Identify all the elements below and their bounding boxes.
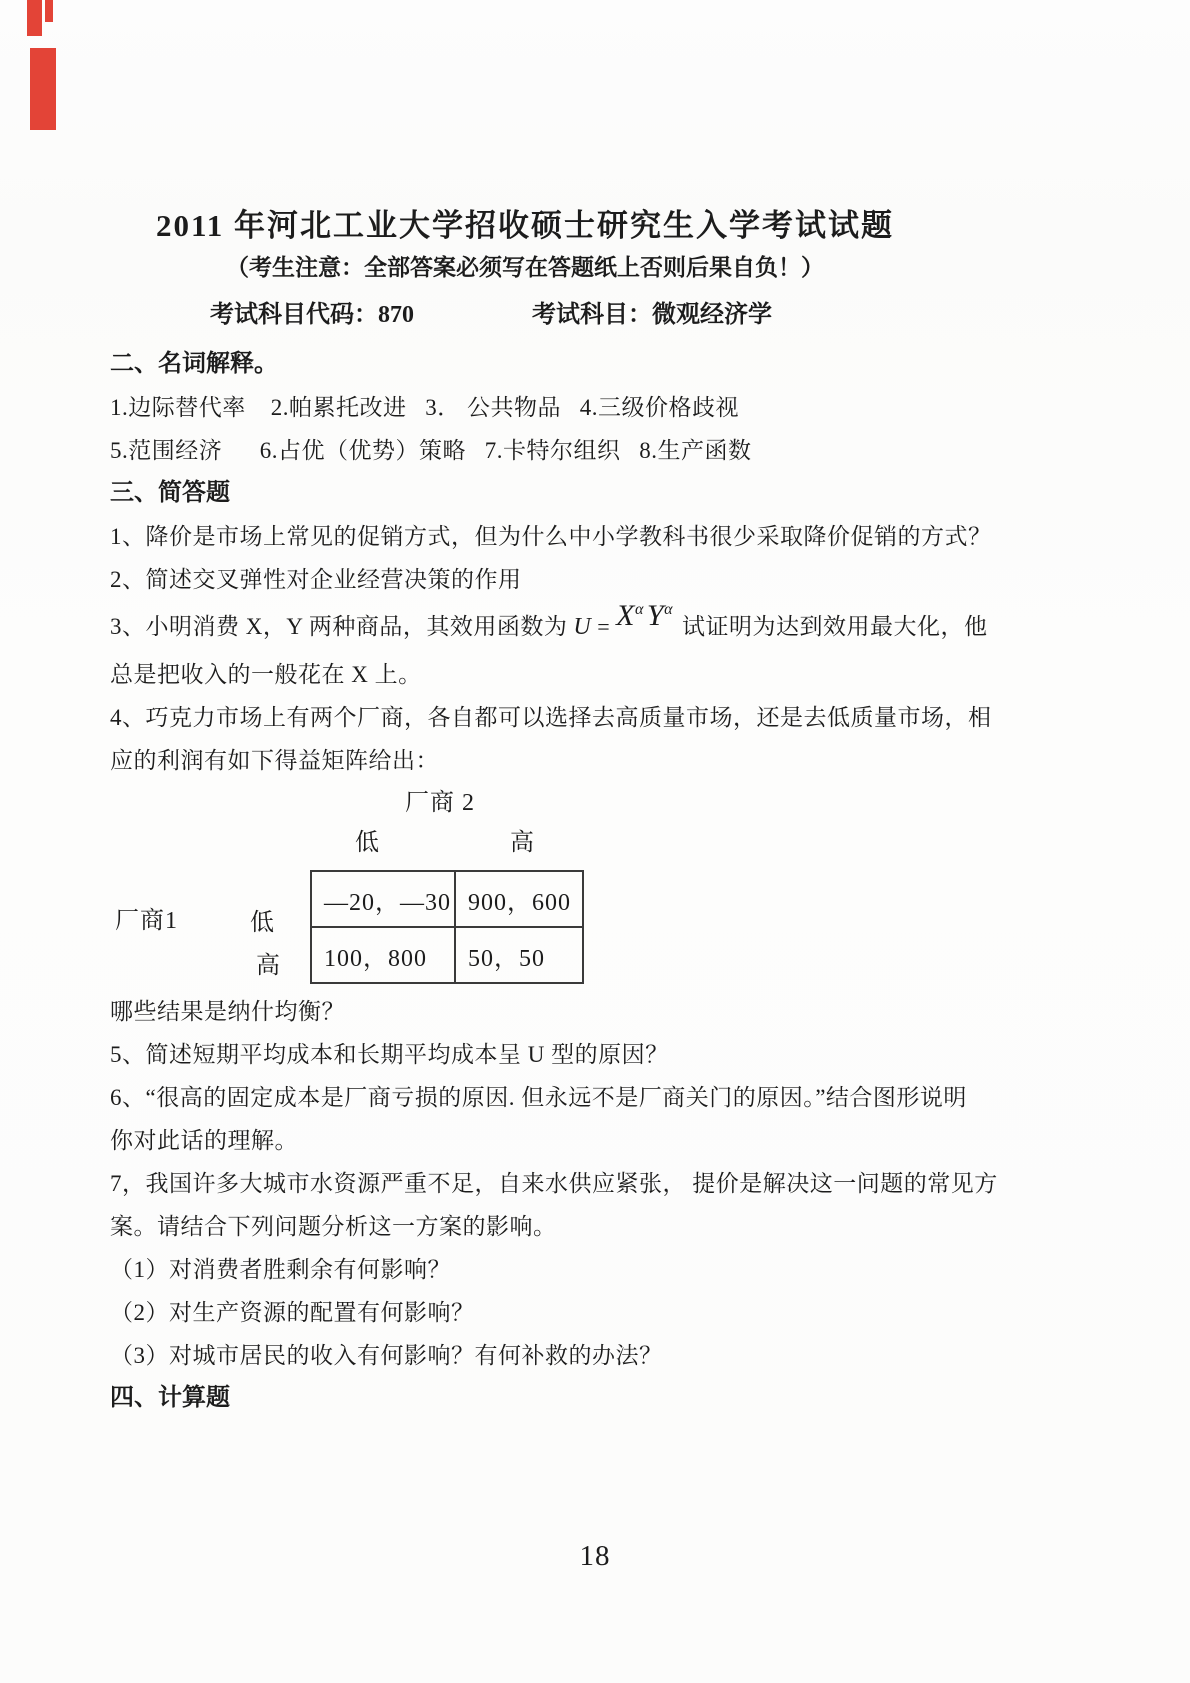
section-heading-calculation: 四、计算题 [110, 1377, 940, 1420]
row-label-high: 高 [256, 945, 281, 980]
question-3-post: 试证明为达到效用最大化，他 [682, 601, 988, 653]
exam-paper-page: 2011 年河北工业大学招收硕士研究生入学考试试题 （考生注意：全部答案必须写在… [0, 0, 1190, 1683]
question-7-line-2: 案。请结合下列问题分析这一方案的影响。 [110, 1205, 940, 1248]
formula-u: U [573, 601, 591, 653]
formula-equals: = [597, 601, 610, 653]
question-6-line-2: 你对此话的理解。 [110, 1119, 940, 1162]
payoff-row: 100，800 50，50 [311, 927, 583, 983]
question-4-line-2: 应的利润有如下得益矩阵给出： [110, 739, 940, 782]
player1-label: 厂商1 [115, 900, 178, 935]
payoff-row: —20，—30 900，600 [311, 871, 583, 927]
payoff-cell-high-high: 50，50 [455, 927, 583, 983]
subject-info-row: 考试科目代码：870 考试科目：微观经济学 [110, 295, 940, 335]
payoff-cell-low-high: 900，600 [455, 871, 583, 927]
terms-line-2: 5.范围经济 6.占优（优势）策略 7.卡特尔组织 8.生产函数 [110, 429, 940, 472]
question-3-pre: 3、小明消费 X，Y 两种商品，其效用函数为 [110, 601, 567, 653]
question-4-line-1: 4、巧克力市场上有两个厂商，各自都可以选择去高质量市场，还是去低质量市场，相 [110, 696, 940, 739]
question-7-line-1: 7，我国许多大城市水资源严重不足，自来水供应紧张， 提价是解决这一问题的常见方 [110, 1162, 940, 1205]
utility-function-formula: U = Xα Yα [573, 601, 676, 653]
subject-code: 考试科目代码：870 [210, 295, 414, 335]
terms-line-1: 1.边际替代率 2.帕累托改进 3． 公共物品 4.三级价格歧视 [110, 386, 940, 429]
formula-alpha-exponent: α [664, 601, 673, 618]
question-5: 5、简述短期平均成本和长期平均成本呈 U 型的原因？ [110, 1033, 940, 1076]
row-label-low: 低 [250, 902, 275, 937]
section-heading-short-answer: 三、简答题 [110, 472, 940, 515]
player2-label: 厂商 2 [405, 782, 475, 817]
payoff-cell-high-low: 100，800 [311, 927, 455, 983]
column-label-low: 低 [355, 822, 380, 857]
scan-artifact-red-mark [30, 48, 56, 130]
payoff-matrix: 厂商 2 低 高 厂商1 低 高 —20，—30 900，600 100，800… [110, 782, 940, 990]
question-1: 1、降价是市场上常见的促销方式，但为什么中小学教科书很少采取降价促销的方式？ [110, 515, 940, 558]
column-label-high: 高 [510, 822, 535, 857]
question-7-sub-1: （1）对消费者胜剩余有何影响？ [110, 1248, 940, 1291]
page-number: 18 [0, 1540, 1190, 1573]
document-body: 2011 年河北工业大学招收硕士研究生入学考试试题 （考生注意：全部答案必须写在… [110, 205, 940, 1420]
scan-artifact-red-mark [27, 0, 42, 36]
question-3-line-2: 总是把收入的一般花在 X 上。 [110, 653, 940, 696]
scan-artifact-red-mark [45, 0, 53, 22]
question-4-followup: 哪些结果是纳什均衡？ [110, 990, 940, 1033]
payoff-cell-low-low: —20，—30 [311, 871, 455, 927]
question-7-sub-2: （2）对生产资源的配置有何影响？ [110, 1291, 940, 1334]
subject-name: 考试科目：微观经济学 [532, 295, 772, 335]
section-heading-terms: 二、名词解释。 [110, 343, 940, 386]
question-6-line-1: 6、“很高的固定成本是厂商亏损的原因. 但永远不是厂商关门的原因。”结合图形说明 [110, 1076, 940, 1119]
payoff-table: —20，—30 900，600 100，800 50，50 [310, 870, 584, 984]
formula-y-term: Yα [647, 601, 676, 631]
formula-x-term: Xα [616, 601, 647, 631]
question-7-sub-3: （3）对城市居民的收入有何影响？有何补救的办法？ [110, 1334, 940, 1377]
page-title: 2011 年河北工业大学招收硕士研究生入学考试试题 [110, 205, 940, 247]
question-3-line-1: 3、小明消费 X，Y 两种商品，其效用函数为 U = Xα Yα 试证明为达到效… [110, 601, 940, 653]
formula-alpha-exponent: α [635, 601, 644, 618]
question-2: 2、简述交叉弹性对企业经营决策的作用 [110, 558, 940, 601]
candidate-notice: （考生注意：全部答案必须写在答题纸上否则后果自负！） [110, 247, 940, 289]
